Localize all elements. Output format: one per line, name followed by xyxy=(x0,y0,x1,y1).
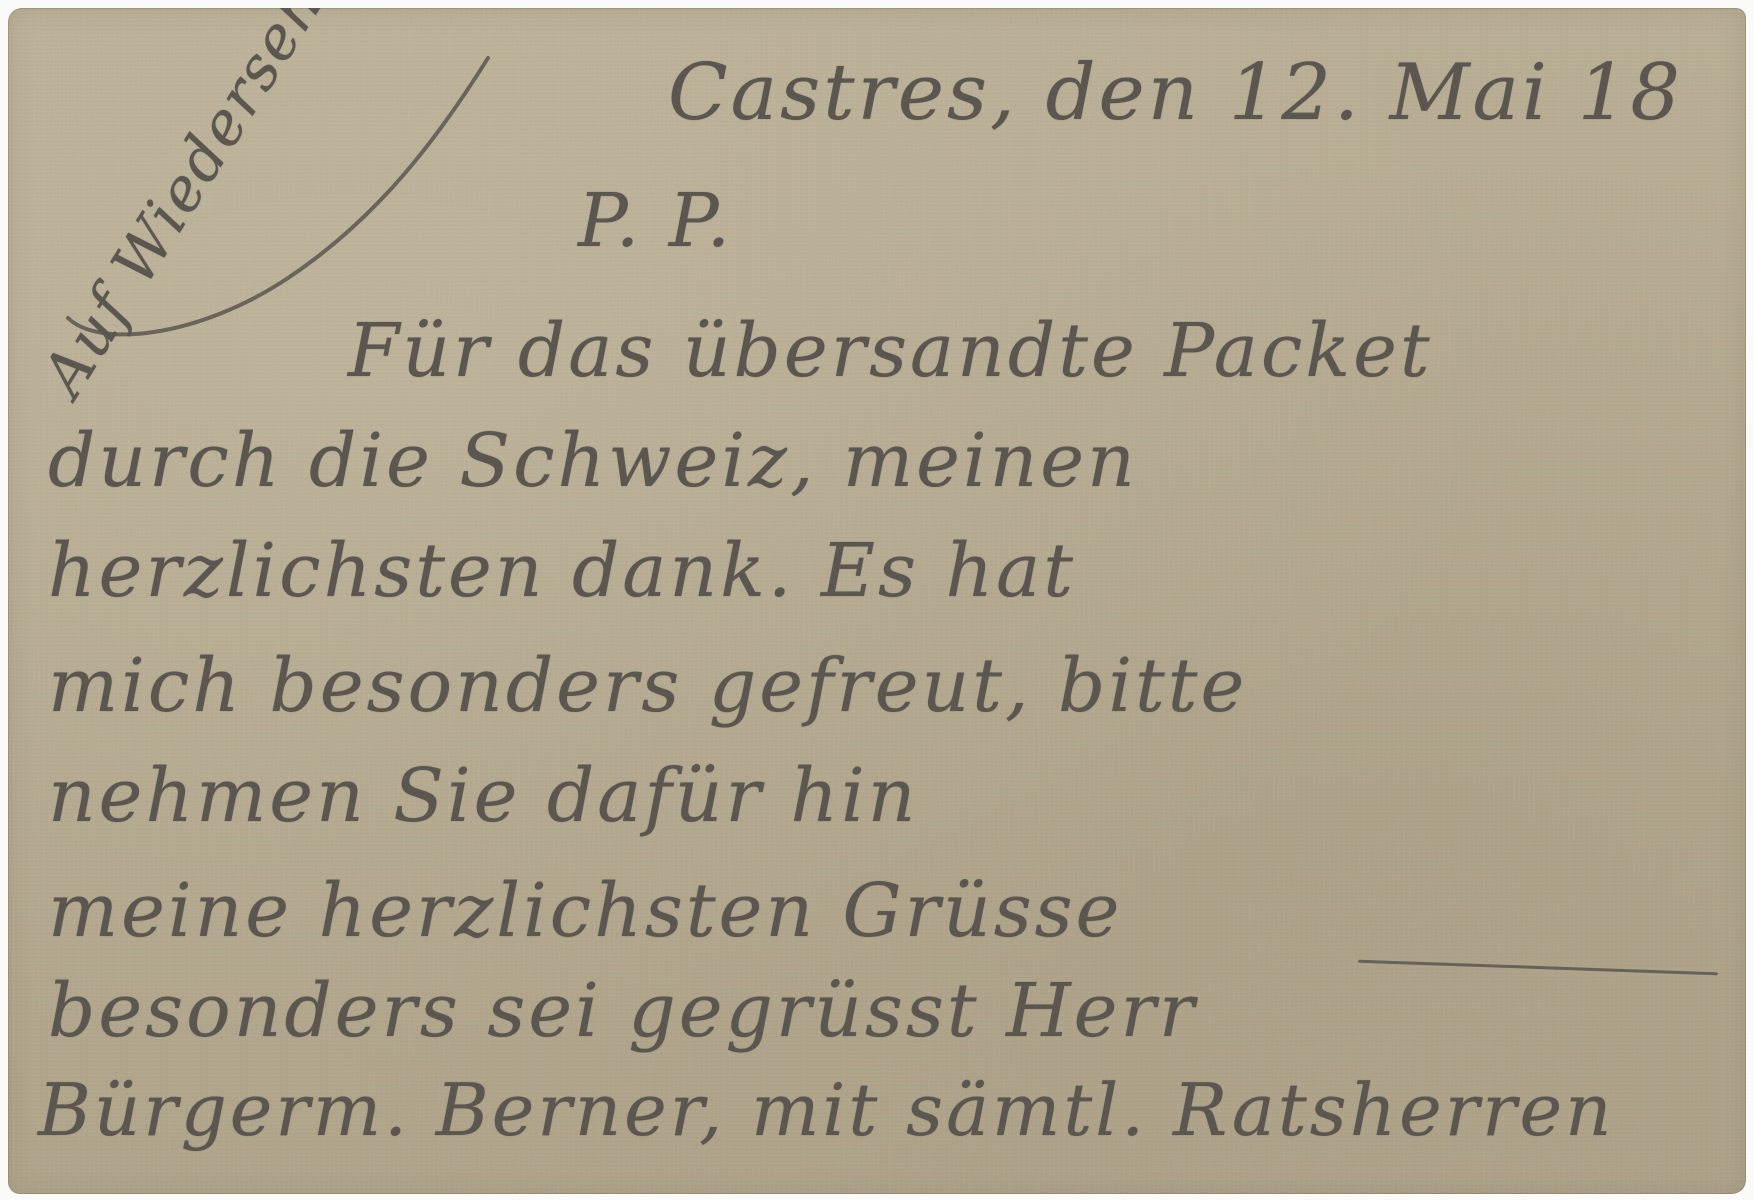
underline-mark xyxy=(1358,960,1718,976)
salutation: P. P. xyxy=(578,178,733,264)
body-line-1: Für das übersandte Packet xyxy=(348,308,1433,394)
postcard: Auf Wiedersehen Castres, den 12. Mai 18 … xyxy=(8,8,1746,1194)
body-line-3: herzlichsten dank. Es hat xyxy=(48,528,1076,614)
body-line-7: besonders sei gegrüsst Herr xyxy=(48,968,1197,1054)
body-line-5: nehmen Sie dafür hin xyxy=(48,753,918,839)
body-line-8: Bürgerm. Berner, mit sämtl. Ratsherren xyxy=(38,1068,1615,1152)
body-line-4: mich besonders gefreut, bitte xyxy=(48,643,1247,729)
page: Auf Wiedersehen Castres, den 12. Mai 18 … xyxy=(0,0,1754,1200)
body-line-2: durch die Schweiz, meinen xyxy=(48,418,1138,504)
body-line-6: meine herzlichsten Grüsse xyxy=(48,868,1122,954)
place-date-header: Castres, den 12. Mai 18 xyxy=(668,48,1683,138)
